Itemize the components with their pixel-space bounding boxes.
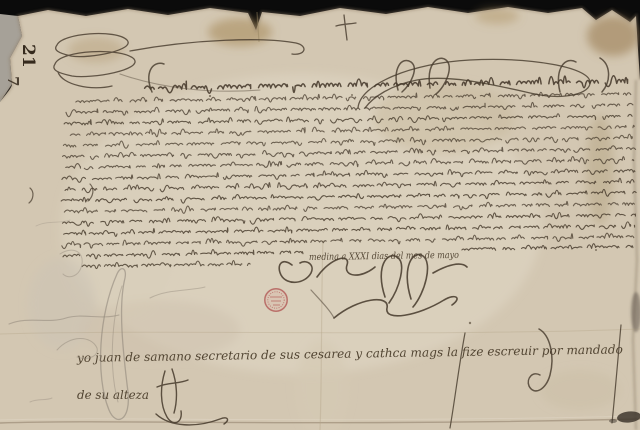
manuscript-scan: 21 7 medina a XXXI dias del mes de mayo …	[0, 0, 640, 430]
folio-side-number: 7	[4, 76, 22, 86]
folio-number: 21	[18, 44, 38, 68]
manuscript-photo: 21 7 medina a XXXI dias del mes de mayo …	[0, 0, 640, 430]
closing-line: de su alteza	[77, 388, 149, 402]
archive-stamp	[265, 289, 287, 311]
